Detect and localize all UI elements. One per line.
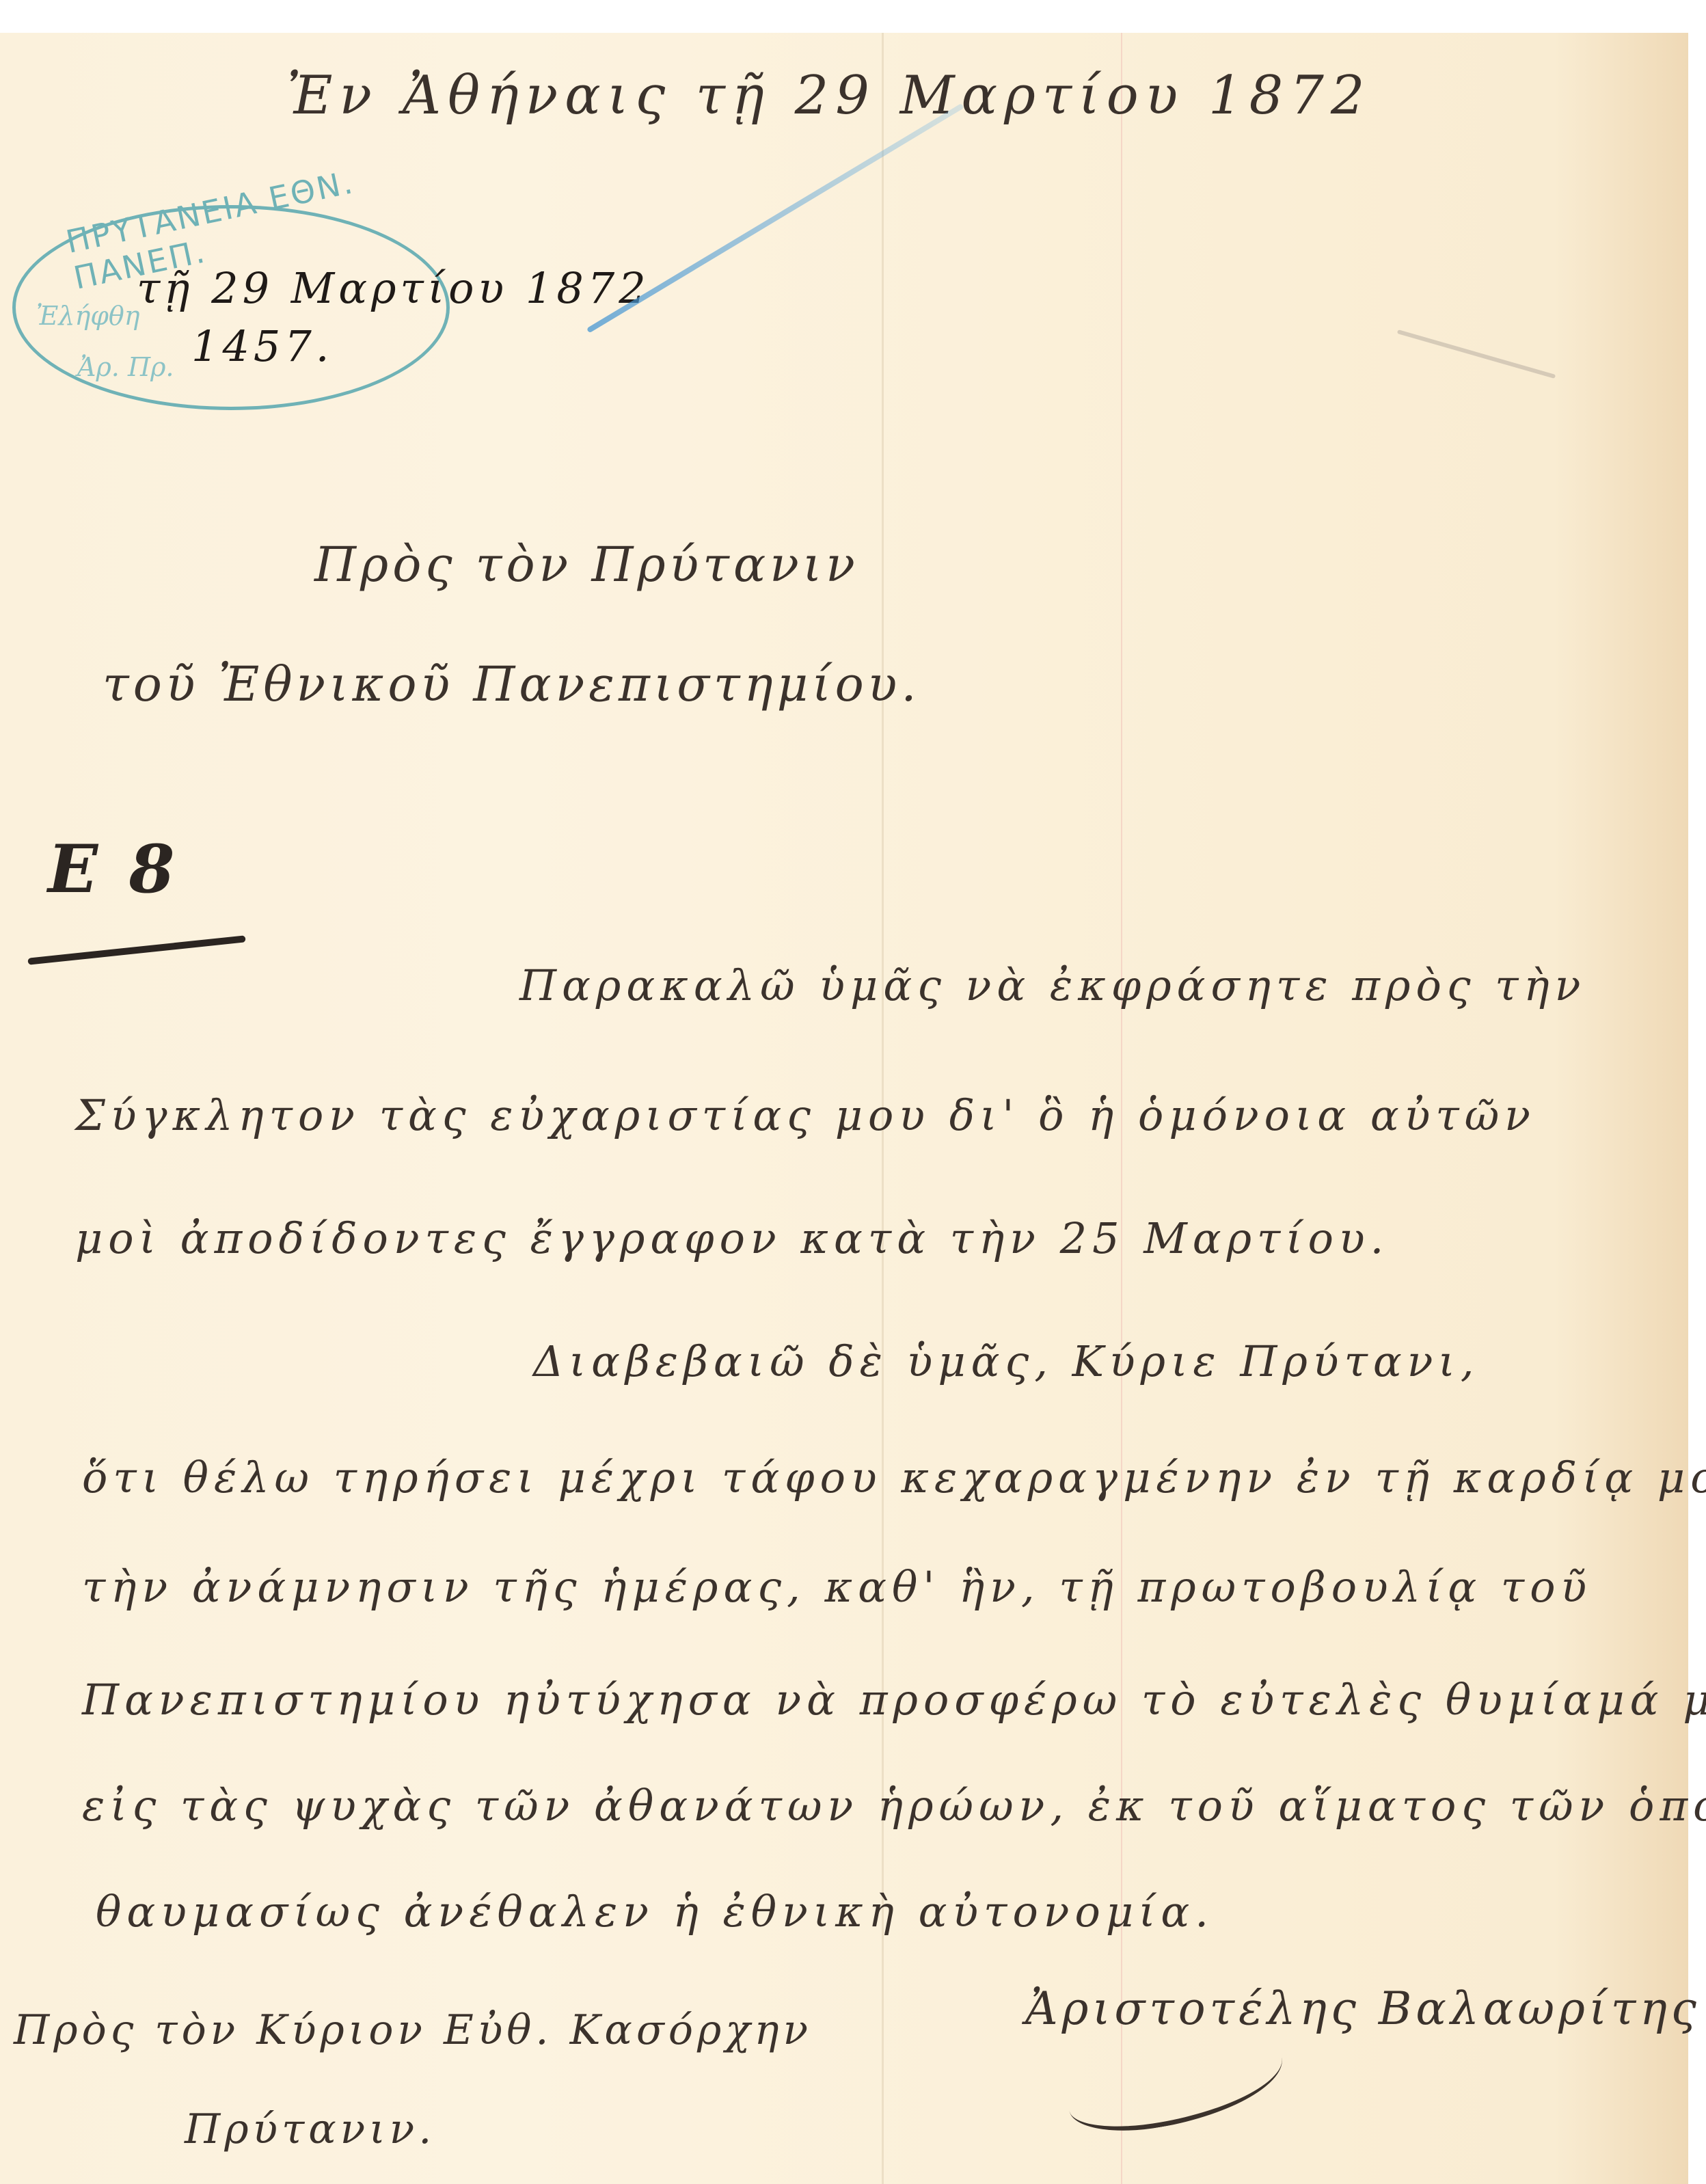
body-line: τὴν ἀνάμνησιν τῆς ἡμέρας, καθ' ἣν, τῇ πρ… bbox=[82, 1562, 1592, 1612]
closing-line-2: Πρύτανιν. bbox=[185, 2105, 435, 2153]
addressee-line-1: Πρὸς τὸν Πρύτανιν bbox=[314, 537, 859, 593]
body-line: ὅτι θέλω τηρήσει μέχρι τάφου κεχαραγμένη… bbox=[82, 1453, 1706, 1502]
stamp-label-number: Ἀρ. Πρ. bbox=[77, 352, 174, 382]
body-line: εἰς τὰς ψυχὰς τῶν ἀθανάτων ἡρώων, ἐκ τοῦ… bbox=[82, 1781, 1706, 1831]
stamp-protocol-number: 1457. bbox=[191, 321, 334, 371]
reference-mark: Ε 8 bbox=[48, 831, 178, 908]
closing-line-1: Πρὸς τὸν Κύριον Εὐθ. Κασόρχην bbox=[14, 2006, 812, 2054]
stamp-label-received: Ἐλήφθη bbox=[36, 301, 140, 331]
body-line: Διαβεβαιῶ δὲ ὑμᾶς, Κύριε Πρύτανι, bbox=[533, 1336, 1479, 1386]
stamp-handwritten-date: τῇ 29 Μαρτίου 1872 bbox=[137, 263, 650, 313]
body-line: Παρακαλῶ ὑμᾶς νὰ ἐκφράσητε πρὸς τὴν bbox=[519, 960, 1586, 1010]
body-line: μοὶ ἀποδίδοντες ἔγγραφον κατὰ τὴν 25 Μαρ… bbox=[75, 1213, 1389, 1263]
signature: Ἀριστοτέλης Βαλαωρίτης bbox=[1025, 1982, 1701, 2035]
date-line: Ἐν Ἀθήναις τῇ 29 Μαρτίου 1872 bbox=[287, 65, 1371, 126]
body-line: Σύγκλητον τὰς εὐχαριστίας μου δι' ὃ ἡ ὁμ… bbox=[75, 1090, 1536, 1140]
addressee-line-2: τοῦ Ἐθνικοῦ Πανεπιστημίου. bbox=[103, 656, 921, 712]
body-line: Πανεπιστημίου ηὐτύχησα νὰ προσφέρω τὸ εὐ… bbox=[82, 1675, 1706, 1725]
body-line: θαυμασίως ἀνέθαλεν ἡ ἐθνικὴ αὐτονομία. bbox=[96, 1887, 1214, 1937]
